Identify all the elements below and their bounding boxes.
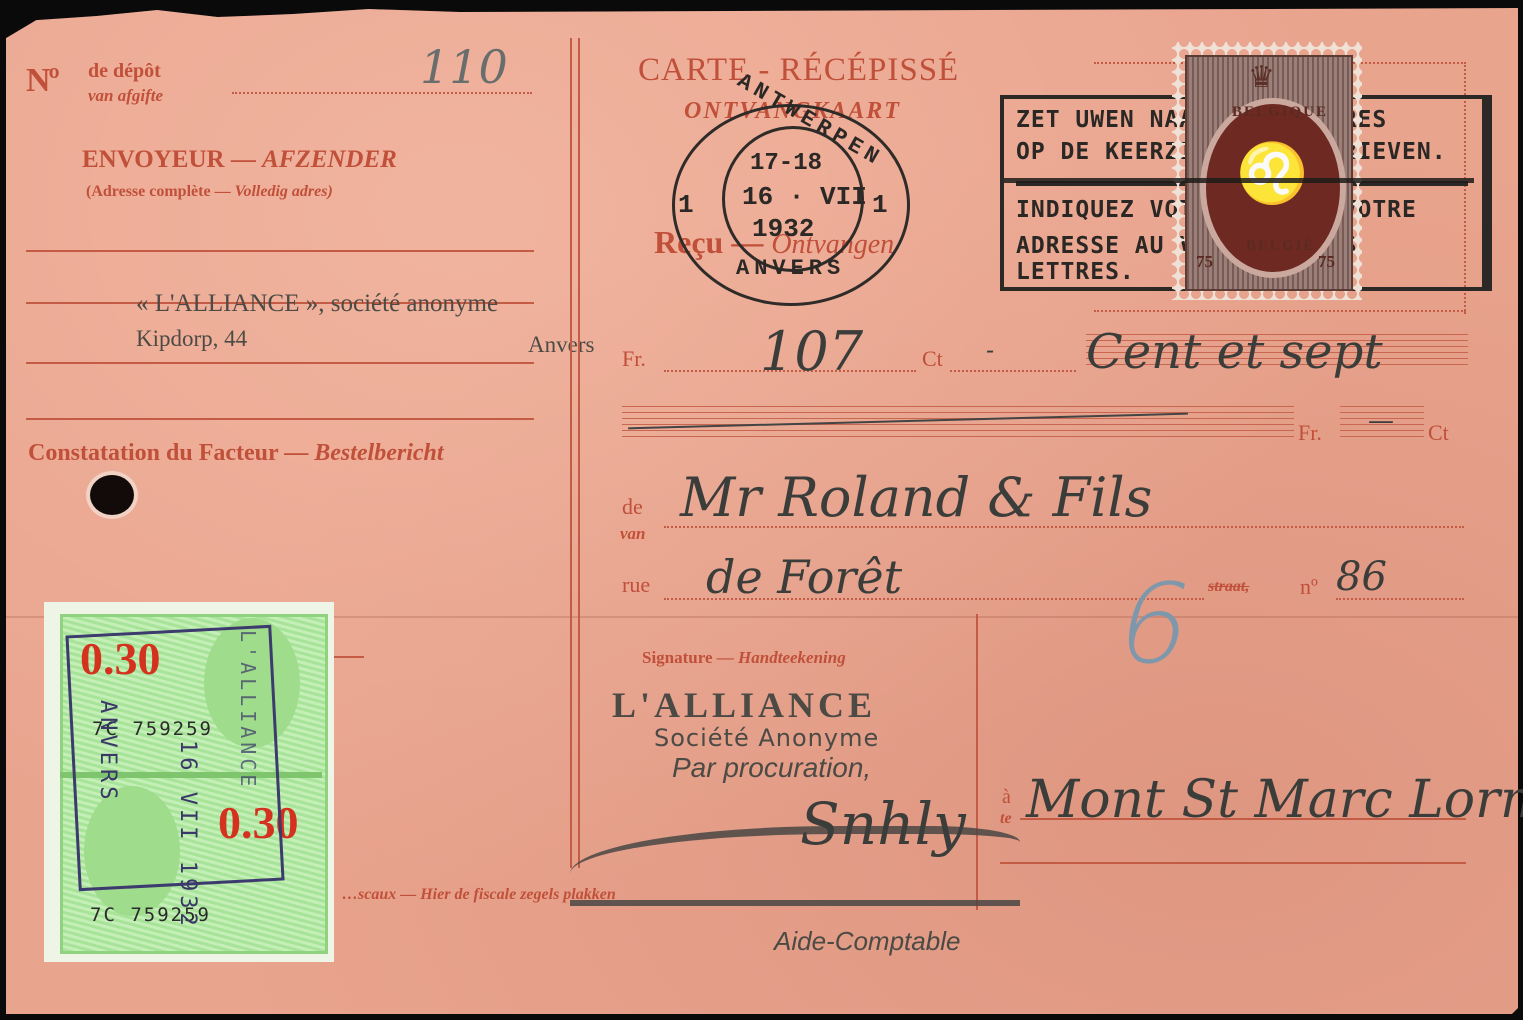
stamp-value-left: 75 <box>1196 252 1213 272</box>
street-label-nl: straat, <box>1208 578 1249 596</box>
sender-city: Anvers <box>528 332 594 358</box>
francs-label: Fr. <box>622 346 646 372</box>
column-divider-left-2 <box>578 38 580 868</box>
sender-name: « L'ALLIANCE », société anonyme <box>136 290 498 318</box>
stamp-country-top: BELGIQUE <box>1232 104 1328 121</box>
separator: — <box>278 440 314 466</box>
by-proxy-text: Par procuration, <box>672 752 871 784</box>
address-line-3 <box>26 362 534 364</box>
centimes-label-2: Ct <box>1428 420 1449 446</box>
signature-label-nl: Handteekening <box>738 648 846 667</box>
deposit-number-label: Nº <box>26 62 58 100</box>
stamp-country-bottom: BELGIË <box>1246 238 1316 255</box>
cancel-bar-overlay <box>1004 178 1474 183</box>
postmark-year: 1932 <box>752 214 814 244</box>
francs-value: 107 <box>760 320 863 383</box>
fiscal-cancel-date: 16 VII 1932 <box>175 740 200 930</box>
amount-in-words: Cent et sept <box>1086 324 1383 380</box>
number-label: nº <box>1300 574 1318 600</box>
address-line-1 <box>26 250 534 252</box>
francs-label-2: Fr. <box>1298 420 1322 446</box>
sender-sub-fr: (Adresse complète <box>86 183 211 200</box>
payer-number: 86 <box>1336 554 1387 600</box>
fiscal-stamp-instruction: …scaux — Hier de fiscale zegels plakken <box>342 886 616 904</box>
stamp-value-right: 75 <box>1318 252 1335 272</box>
postmark-city-fr: ANVERS <box>736 256 845 281</box>
signature-label: Signature — Handteekening <box>642 648 846 668</box>
separator: — <box>211 183 235 200</box>
postmark-office-left: 1 <box>678 190 694 220</box>
signer-role: Aide-Comptable <box>774 926 960 957</box>
centimes-value: - <box>986 336 994 364</box>
postman-note-label: Constatation du Facteur — Bestelbericht <box>28 440 444 467</box>
sender-street: Kipdorp, 44 <box>136 326 247 352</box>
centimes-line <box>950 370 1076 372</box>
deposit-label-nl: van afgifte <box>88 86 163 106</box>
postmark-time: 17-18 <box>750 150 822 177</box>
centimes-label: Ct <box>922 346 943 372</box>
fiscal-cancel-city: ANVERS <box>95 700 120 803</box>
company-stamp-name: L'ALLIANCE <box>612 684 876 726</box>
stamp-frame-bottom <box>1094 310 1466 312</box>
street-label: rue <box>622 572 650 598</box>
destination-label: à <box>1002 786 1011 809</box>
destination-label-nl: te <box>1000 810 1012 828</box>
francs-value-2: — <box>1368 406 1394 436</box>
separator: — <box>225 146 263 173</box>
signature-label-fr: Signature <box>642 648 713 667</box>
from-label: de <box>622 494 643 520</box>
sender-heading-nl: AFZENDER <box>262 146 397 173</box>
destination-line-2 <box>1000 862 1466 864</box>
address-line-4 <box>26 418 534 420</box>
fiscal-cancel-name: L'ALLIANCE <box>236 630 260 790</box>
postman-note-fr: Constatation du Facteur <box>28 440 278 466</box>
punch-hole <box>90 475 134 515</box>
postmark-office-right: 1 <box>872 190 888 220</box>
number-line <box>1336 598 1464 600</box>
crown-icon: ♛ <box>1248 60 1275 95</box>
sender-sub-nl: Volledig adres) <box>235 183 333 200</box>
handwritten-signature: Snhly <box>800 790 966 858</box>
deposit-label-fr: de dépôt <box>88 60 161 83</box>
postman-note-nl: Bestelbericht <box>314 440 443 466</box>
payer-name: Mr Roland & Fils <box>680 466 1152 529</box>
company-stamp-type: Société Anonyme <box>654 724 879 752</box>
payer-street: de Forêt <box>706 550 902 604</box>
document-title: CARTE - RÉCÉPISSÉ <box>638 52 959 89</box>
sender-heading: ENVOYEUR — AFZENDER <box>82 146 397 174</box>
lion-icon: ♌ <box>1236 140 1308 208</box>
postmark-date: 16 · VII <box>742 182 867 212</box>
from-label-nl: van <box>620 524 646 544</box>
sender-heading-fr: ENVOYEUR <box>82 146 225 173</box>
sender-subheading: (Adresse complète — Volledig adres) <box>86 183 333 201</box>
deposit-number-value: 110 <box>420 40 508 94</box>
column-divider-left <box>570 38 572 868</box>
destination-town: Mont St Marc Lorme <box>1026 770 1523 830</box>
separator: — <box>713 648 739 667</box>
